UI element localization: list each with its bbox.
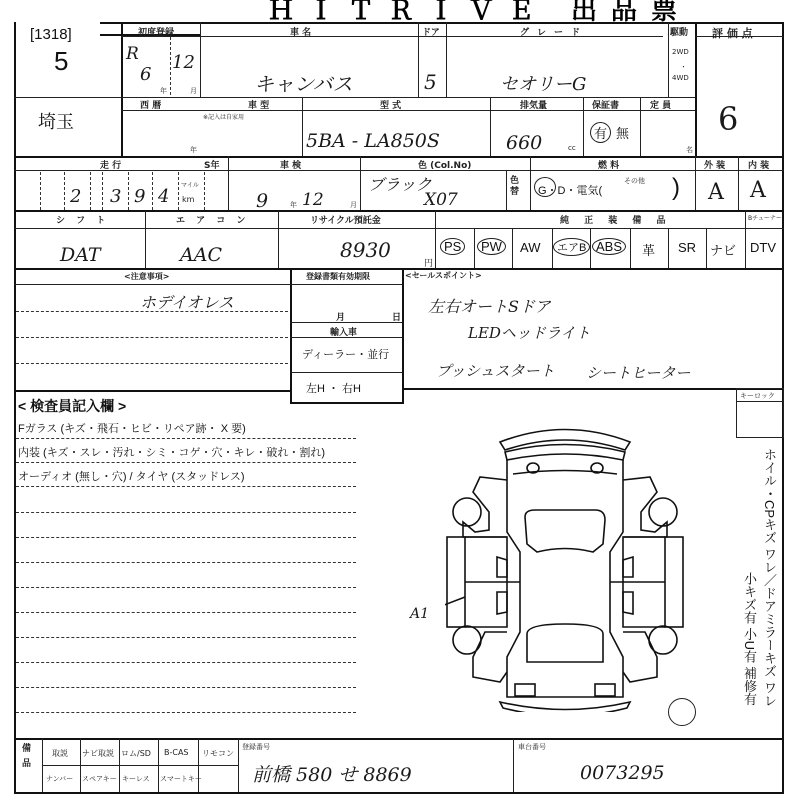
divider [228, 156, 229, 210]
label-fuel-other: その他 [624, 176, 645, 186]
equipment-leather: 革 [642, 240, 655, 259]
divider [14, 268, 784, 270]
sales-point-4: シートヒーター [586, 362, 690, 383]
color-value: ブラック [368, 172, 432, 195]
divider [402, 388, 784, 390]
divider [418, 22, 419, 97]
divider [745, 210, 746, 268]
divider [583, 97, 584, 156]
label-interior: 内 装 [748, 158, 769, 171]
divider [290, 322, 402, 323]
unit-month: 月 [350, 200, 357, 210]
divider [474, 228, 475, 268]
doors-value: 5 [424, 70, 437, 94]
mileage-digit-3: 9 [134, 186, 145, 207]
label-score: 評 価 点 [712, 25, 753, 41]
import-dealer-option: ディーラー・並行 [302, 346, 389, 362]
recycle-fee-value: 8930 [340, 238, 391, 262]
drive-separator: ・ [680, 62, 687, 72]
grade-value: セオリーG [500, 70, 586, 96]
label-drive: 駆動 [670, 25, 688, 38]
divider [16, 363, 288, 364]
equipment-pw: PW [477, 238, 506, 255]
car-name-value: キャンバス [254, 68, 353, 97]
side-note-damage-legend: ホイル・CPキズ ワレ／ドアミラーキズ ワレ [760, 448, 779, 738]
notes-value: ホデイオレス [140, 290, 234, 313]
label-fuel: 燃 料 [598, 158, 619, 171]
inspector-audio-tires: オーディオ (無し・穴) / タイヤ (スタッドレス) [18, 468, 245, 484]
divider [128, 172, 129, 210]
divider [435, 210, 436, 268]
divider [16, 612, 356, 613]
mileage-digit-4: 4 [158, 186, 169, 207]
divider [290, 337, 402, 338]
divider [290, 268, 292, 404]
exterior-grade: A [708, 180, 724, 205]
frame-top [100, 22, 784, 24]
divider [668, 228, 669, 268]
divider [90, 172, 91, 210]
equipment-airbag: エアB [553, 238, 590, 256]
color-code-value: X07 [424, 190, 458, 210]
label-registration-number: 登録番号 [242, 742, 270, 752]
label-aircon: エ ア コ ン [176, 213, 249, 226]
reg-month: 12 [172, 52, 195, 73]
equipment-dtv: DTV [750, 240, 776, 255]
inspector-windshield: Fガラス (キズ・飛石・ヒビ・リペア跡・ X 要) [18, 420, 246, 436]
unit-year: 年 [160, 86, 167, 96]
divider [119, 738, 120, 792]
divider [278, 210, 279, 268]
unit-year: 年 [290, 200, 297, 210]
divider [238, 738, 239, 792]
divider [530, 156, 531, 210]
divider [170, 37, 171, 95]
label-accessories: 備 品 [22, 742, 34, 772]
label-grade: グレード [520, 25, 588, 38]
reg-year: 6 [140, 64, 151, 85]
divider [490, 97, 491, 156]
frame-left [14, 22, 16, 794]
divider [16, 438, 356, 439]
divider [16, 486, 356, 487]
label-vehicle-type: 車 型 [248, 98, 269, 111]
warranty-no: 無 [616, 123, 629, 142]
divider [668, 22, 669, 97]
divider [14, 738, 784, 740]
lot-number: [1318] [30, 26, 72, 43]
label-tuner: Bチューナー [748, 213, 782, 222]
divider [640, 97, 641, 156]
label-key-lock: キーロック [740, 391, 775, 401]
paren-close: ) [672, 174, 680, 202]
unit-km: km [182, 195, 194, 204]
divider [16, 587, 356, 588]
divider [302, 97, 303, 156]
divider [290, 402, 404, 404]
shaken-year: 9 [256, 190, 268, 212]
divider [14, 284, 290, 285]
divider [16, 712, 356, 713]
divider [736, 401, 784, 402]
divider [16, 462, 356, 463]
warranty-yes-circled: 有 [590, 122, 611, 143]
circle-marker [668, 698, 696, 726]
chassis-number-value: 0073295 [580, 762, 665, 784]
registration-plate-value: 前橋 580 せ 8869 [252, 760, 412, 787]
divider [40, 172, 41, 210]
divider [706, 228, 707, 268]
damage-mark-a1: A1 [410, 606, 429, 622]
label-shaken: 車 検 [280, 158, 301, 171]
drive-2wd: 2WD [672, 48, 689, 56]
side-note-damage-severity: 小キズ有 小U有 補修有 [740, 572, 759, 742]
divider [14, 156, 784, 158]
label-inspector: < 検査員記入欄 > [18, 396, 126, 416]
vehicle-type-note: ※記入は自家用 [203, 112, 244, 121]
label-color: 色 (Col.No) [418, 158, 471, 171]
accessory-spare-key: スペアキー [82, 774, 117, 784]
label-shift: シ フ ト [56, 213, 109, 226]
mileage-digit-1: 2 [70, 186, 81, 207]
divider [290, 284, 402, 285]
divider [16, 662, 356, 663]
displacement-value: 660 [506, 132, 542, 154]
shift-value: DAT [60, 244, 101, 266]
label-mileage: 走 行 [100, 158, 121, 171]
unit-year: 年 [190, 145, 197, 155]
divider [695, 22, 697, 156]
divider [14, 97, 122, 98]
divider [16, 562, 356, 563]
divider [14, 210, 784, 212]
label-model: 型 式 [380, 98, 401, 111]
divider [16, 337, 288, 338]
divider [16, 537, 356, 538]
label-warranty: 保証書 [592, 98, 619, 111]
accessory-remote: リモコン [202, 748, 234, 759]
label-chassis-number: 車台番号 [518, 742, 546, 752]
divider [360, 156, 361, 210]
divider [590, 228, 591, 268]
label-displacement: 排気量 [520, 98, 547, 111]
accessory-rom-sd: ロム/SD [121, 748, 151, 759]
label-first-registration: 初度登録 [138, 25, 174, 38]
unit-cc: cc [568, 144, 576, 152]
accessory-smart-key: スマートキー [160, 774, 202, 784]
divider [513, 738, 514, 792]
label-exterior: 外 装 [704, 158, 725, 171]
label-color-change: 色替 [510, 176, 520, 198]
label-car-name: 車 名 [290, 25, 311, 38]
equipment-sunroof: SR [678, 240, 696, 255]
label-doc-expiry: 登録書類有効期限 [306, 271, 370, 282]
divider [14, 390, 290, 392]
reg-era: R [126, 44, 139, 64]
divider [204, 172, 205, 210]
aircon-value: AAC [180, 244, 222, 266]
divider [158, 738, 159, 792]
divider [178, 172, 179, 210]
divider [402, 268, 404, 404]
unit-persons: 名 [686, 145, 693, 155]
divider [630, 228, 631, 268]
equipment-abs: ABS [592, 238, 626, 255]
label-notes: <注意事項> [124, 271, 169, 282]
equipment-aw: AW [520, 240, 540, 255]
interior-grade: A [750, 178, 766, 203]
divider [200, 22, 201, 97]
divider [121, 22, 123, 156]
sales-point-2: LEDヘッドライト [468, 322, 591, 343]
unit-month: 月 [190, 86, 197, 96]
divider [512, 228, 513, 268]
divider [16, 311, 288, 312]
equipment-ps: PS [440, 238, 465, 255]
divider [42, 765, 238, 766]
drive-4wd: 4WD [672, 74, 689, 82]
label-sales-point: <セールスポイント> [405, 270, 482, 281]
fuel-selected-circle [534, 177, 556, 197]
lane-number: 5 [54, 46, 68, 77]
accessory-number-plate: ナンバー [46, 774, 73, 784]
shaken-month: 12 [302, 190, 324, 210]
divider [506, 170, 507, 210]
accessory-keyless: キーレス [122, 774, 150, 784]
accessory-manual: 取説 [52, 748, 68, 759]
label-genuine-equipment: 純 正 装 備 品 [560, 213, 672, 226]
import-handle-option: 左H ・ 右H [306, 380, 361, 396]
divider [102, 172, 103, 210]
equipment-navi: ナビ [710, 240, 736, 259]
divider [152, 172, 153, 210]
score-value: 6 [718, 100, 738, 138]
car-diagram-icon [445, 412, 685, 712]
accessory-navi-manual: ナビ取説 [82, 748, 114, 759]
sales-point-1: 左右オートSドア [428, 294, 550, 317]
label-western-year: 西 暦 [140, 98, 161, 111]
mileage-digit-2: 3 [110, 186, 121, 207]
divider [290, 372, 402, 373]
label-recycle: リサイクル預託金 [310, 213, 381, 226]
model-code-value: 5BA - LA850S [306, 130, 440, 152]
label-s-year: S年 [204, 158, 219, 171]
divider [738, 156, 739, 210]
divider [64, 172, 65, 210]
accessory-bcas: B-CAS [164, 748, 189, 757]
frame-bottom [14, 792, 784, 794]
divider [16, 687, 356, 688]
label-capacity: 定 員 [650, 98, 671, 111]
divider [695, 36, 783, 37]
divider [14, 170, 784, 171]
divider [80, 738, 81, 792]
divider [16, 512, 356, 513]
divider [145, 210, 146, 268]
label-door: ドア [422, 25, 440, 38]
inspector-interior: 内装 (キズ・スレ・汚れ・シミ・コゲ・穴・キレ・破れ・割れ) [18, 444, 325, 460]
divider [446, 22, 447, 97]
region: 埼玉 [38, 108, 74, 134]
unit-mile: マイル [181, 180, 199, 189]
divider [16, 637, 356, 638]
sales-point-3: プッシュスタート [436, 360, 555, 381]
divider [695, 156, 696, 210]
